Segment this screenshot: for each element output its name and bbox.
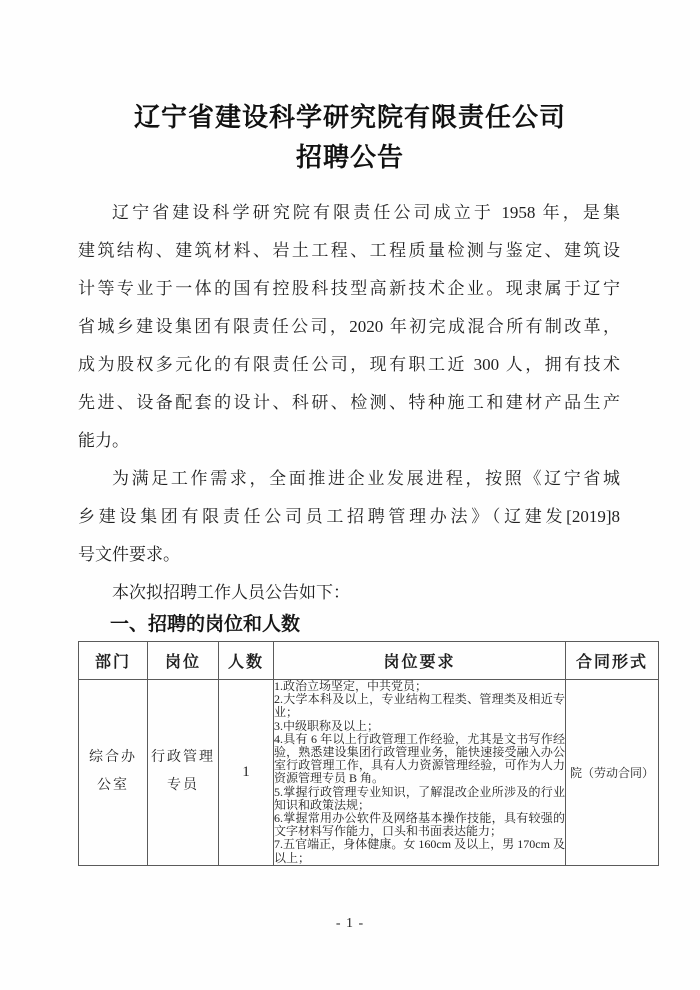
paragraph: 本次拟招聘工作人员公告如下： (78, 574, 620, 612)
paragraph-line: 建筑结构、建筑材料、岩土工程、工程质量检测与鉴定、建筑设 (78, 232, 620, 270)
paragraph-line: 辽宁省建设科学研究院有限责任公司成立于 1958 年，是集 (78, 194, 620, 232)
paragraph: 辽宁省建设科学研究院有限责任公司成立于 1958 年，是集建筑结构、建筑材料、岩… (78, 194, 620, 460)
table-header-cell: 岗位 (148, 642, 219, 680)
cell-position: 行政管理 专员 (148, 680, 219, 866)
paragraph-line: 成为股权多元化的有限责任公司，现有职工近 300 人，拥有技术 (78, 346, 620, 384)
table-header-cell: 合同形式 (566, 642, 659, 680)
cell-requirements: 1.政治立场坚定，中共党员； 2.大学本科及以上，专业结构工程类、管理类及相近专… (274, 680, 566, 866)
cell-contract: 院（劳动合同） (566, 680, 659, 866)
table-header-cell: 人数 (219, 642, 274, 680)
recruitment-table: 部门岗位人数岗位要求合同形式 综合办 公室 行政管理 专员 1 1.政治立场坚定… (78, 641, 659, 866)
document-page: 辽宁省建设科学研究院有限责任公司 招聘公告 辽宁省建设科学研究院有限责任公司成立… (0, 0, 700, 990)
table-header-row: 部门岗位人数岗位要求合同形式 (79, 642, 659, 680)
cell-headcount: 1 (219, 680, 274, 866)
paragraph: 为满足工作需求，全面推进企业发展进程，按照《辽宁省城乡建设集团有限责任公司员工招… (78, 460, 620, 574)
paragraph-line: 本次拟招聘工作人员公告如下： (78, 574, 620, 612)
paragraph-line: 为满足工作需求，全面推进企业发展进程，按照《辽宁省城 (78, 460, 620, 498)
table-row: 综合办 公室 行政管理 专员 1 1.政治立场坚定，中共党员； 2.大学本科及以… (79, 680, 659, 866)
section-heading: 一、招聘的岗位和人数 (78, 612, 620, 638)
document-title-line-1: 辽宁省建设科学研究院有限责任公司 (0, 98, 700, 138)
paragraph-line: 能力。 (78, 422, 620, 460)
page-number: - 1 - (0, 916, 700, 932)
table-header-cell: 部门 (79, 642, 148, 680)
document-body: 辽宁省建设科学研究院有限责任公司成立于 1958 年，是集建筑结构、建筑材料、岩… (78, 194, 620, 612)
table-header-cell: 岗位要求 (274, 642, 566, 680)
paragraph-line: 计等专业于一体的国有控股科技型高新技术企业。现隶属于辽宁 (78, 270, 620, 308)
paragraph-line: 乡建设集团有限责任公司员工招聘管理办法》（辽建发[2019]8 (78, 498, 620, 536)
cell-department: 综合办 公室 (79, 680, 148, 866)
document-title: 辽宁省建设科学研究院有限责任公司 招聘公告 (0, 0, 700, 178)
paragraph-line: 先进、设备配套的设计、科研、检测、特种施工和建材产品生产 (78, 384, 620, 422)
paragraph-line: 号文件要求。 (78, 536, 620, 574)
document-title-line-2: 招聘公告 (0, 138, 700, 178)
paragraph-line: 省城乡建设集团有限责任公司，2020 年初完成混合所有制改革， (78, 308, 620, 346)
